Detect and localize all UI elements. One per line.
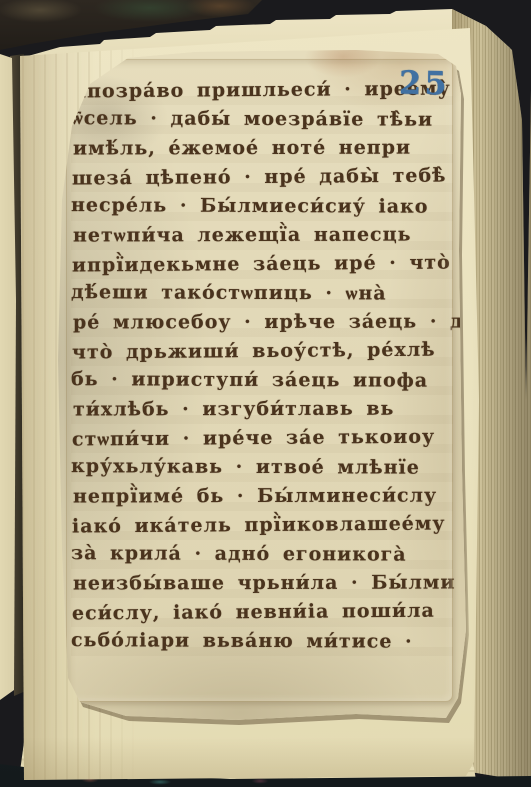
text-line: еси́слу, іако́ невни́іа поши́ла — [72, 596, 454, 628]
text-line: шеза́ цѣпено́ · нре́ дабы̀ тебѣ̀ — [72, 161, 454, 193]
text-line: за̀ крила́ · адно́ егоникога̀ — [71, 539, 453, 570]
text-line: что̀ дрьжиши́ вьоу́стѣ, ре́хлѣ — [72, 335, 454, 367]
manuscript-photo: ипозра́во пришльеси́ · иреему̀ ѿсель · д… — [0, 0, 531, 787]
text-line: стѡпи́чи · ире́че за́е тькоиоу — [72, 422, 454, 454]
text-line: кру́хьлу́кавь · итвое́ млѣнїе — [71, 452, 453, 483]
text-line: неизбы́ваше чрьни́ла · Бы́лми — [73, 568, 455, 598]
page-number: 25 — [399, 64, 450, 103]
text-line: ти́хлѣбь · изгуби́тлавь вь — [73, 394, 455, 424]
text-line: ипозра́во пришльеси́ · иреему̀ — [72, 74, 454, 106]
text-line: нетѡпи́ча лежещї̀а напесць — [73, 220, 455, 250]
manuscript-leaf: ипозра́во пришльеси́ · иреему̀ ѿсель · д… — [56, 50, 466, 726]
text-line: іако́ ика́тель прї̀иковлашее́му — [72, 509, 454, 541]
text-line: непрї̀име́ бь · Бы́лминеси́слу — [73, 481, 455, 511]
text-line: ипрї̀идекьмне за́ець ире́ · что̀ — [72, 248, 454, 280]
text-line: несре́ль · Бы́лмиеси́сиу́ іако — [71, 191, 453, 222]
text-line: бь · иприступи́ за́ець ипофа — [71, 365, 453, 396]
text-line: сьбо́ліари вьва́ню ми́тисе · — [71, 626, 453, 657]
text-line: ѿсель · дабы́ моезра́вїе тѣ̀ьи — [71, 104, 453, 135]
text-line: ре́ млюсебоу · ирѣче за́ець · да — [73, 307, 455, 337]
text-line: имѣ́ль, е́жемое́ ноте́ непри — [73, 133, 455, 163]
text-line: дѣ́еши тако́стѡпиць · ѡна̀ — [71, 278, 453, 309]
manuscript-text-block: ипозра́во пришльеси́ · иреему̀ ѿсель · д… — [71, 76, 453, 676]
